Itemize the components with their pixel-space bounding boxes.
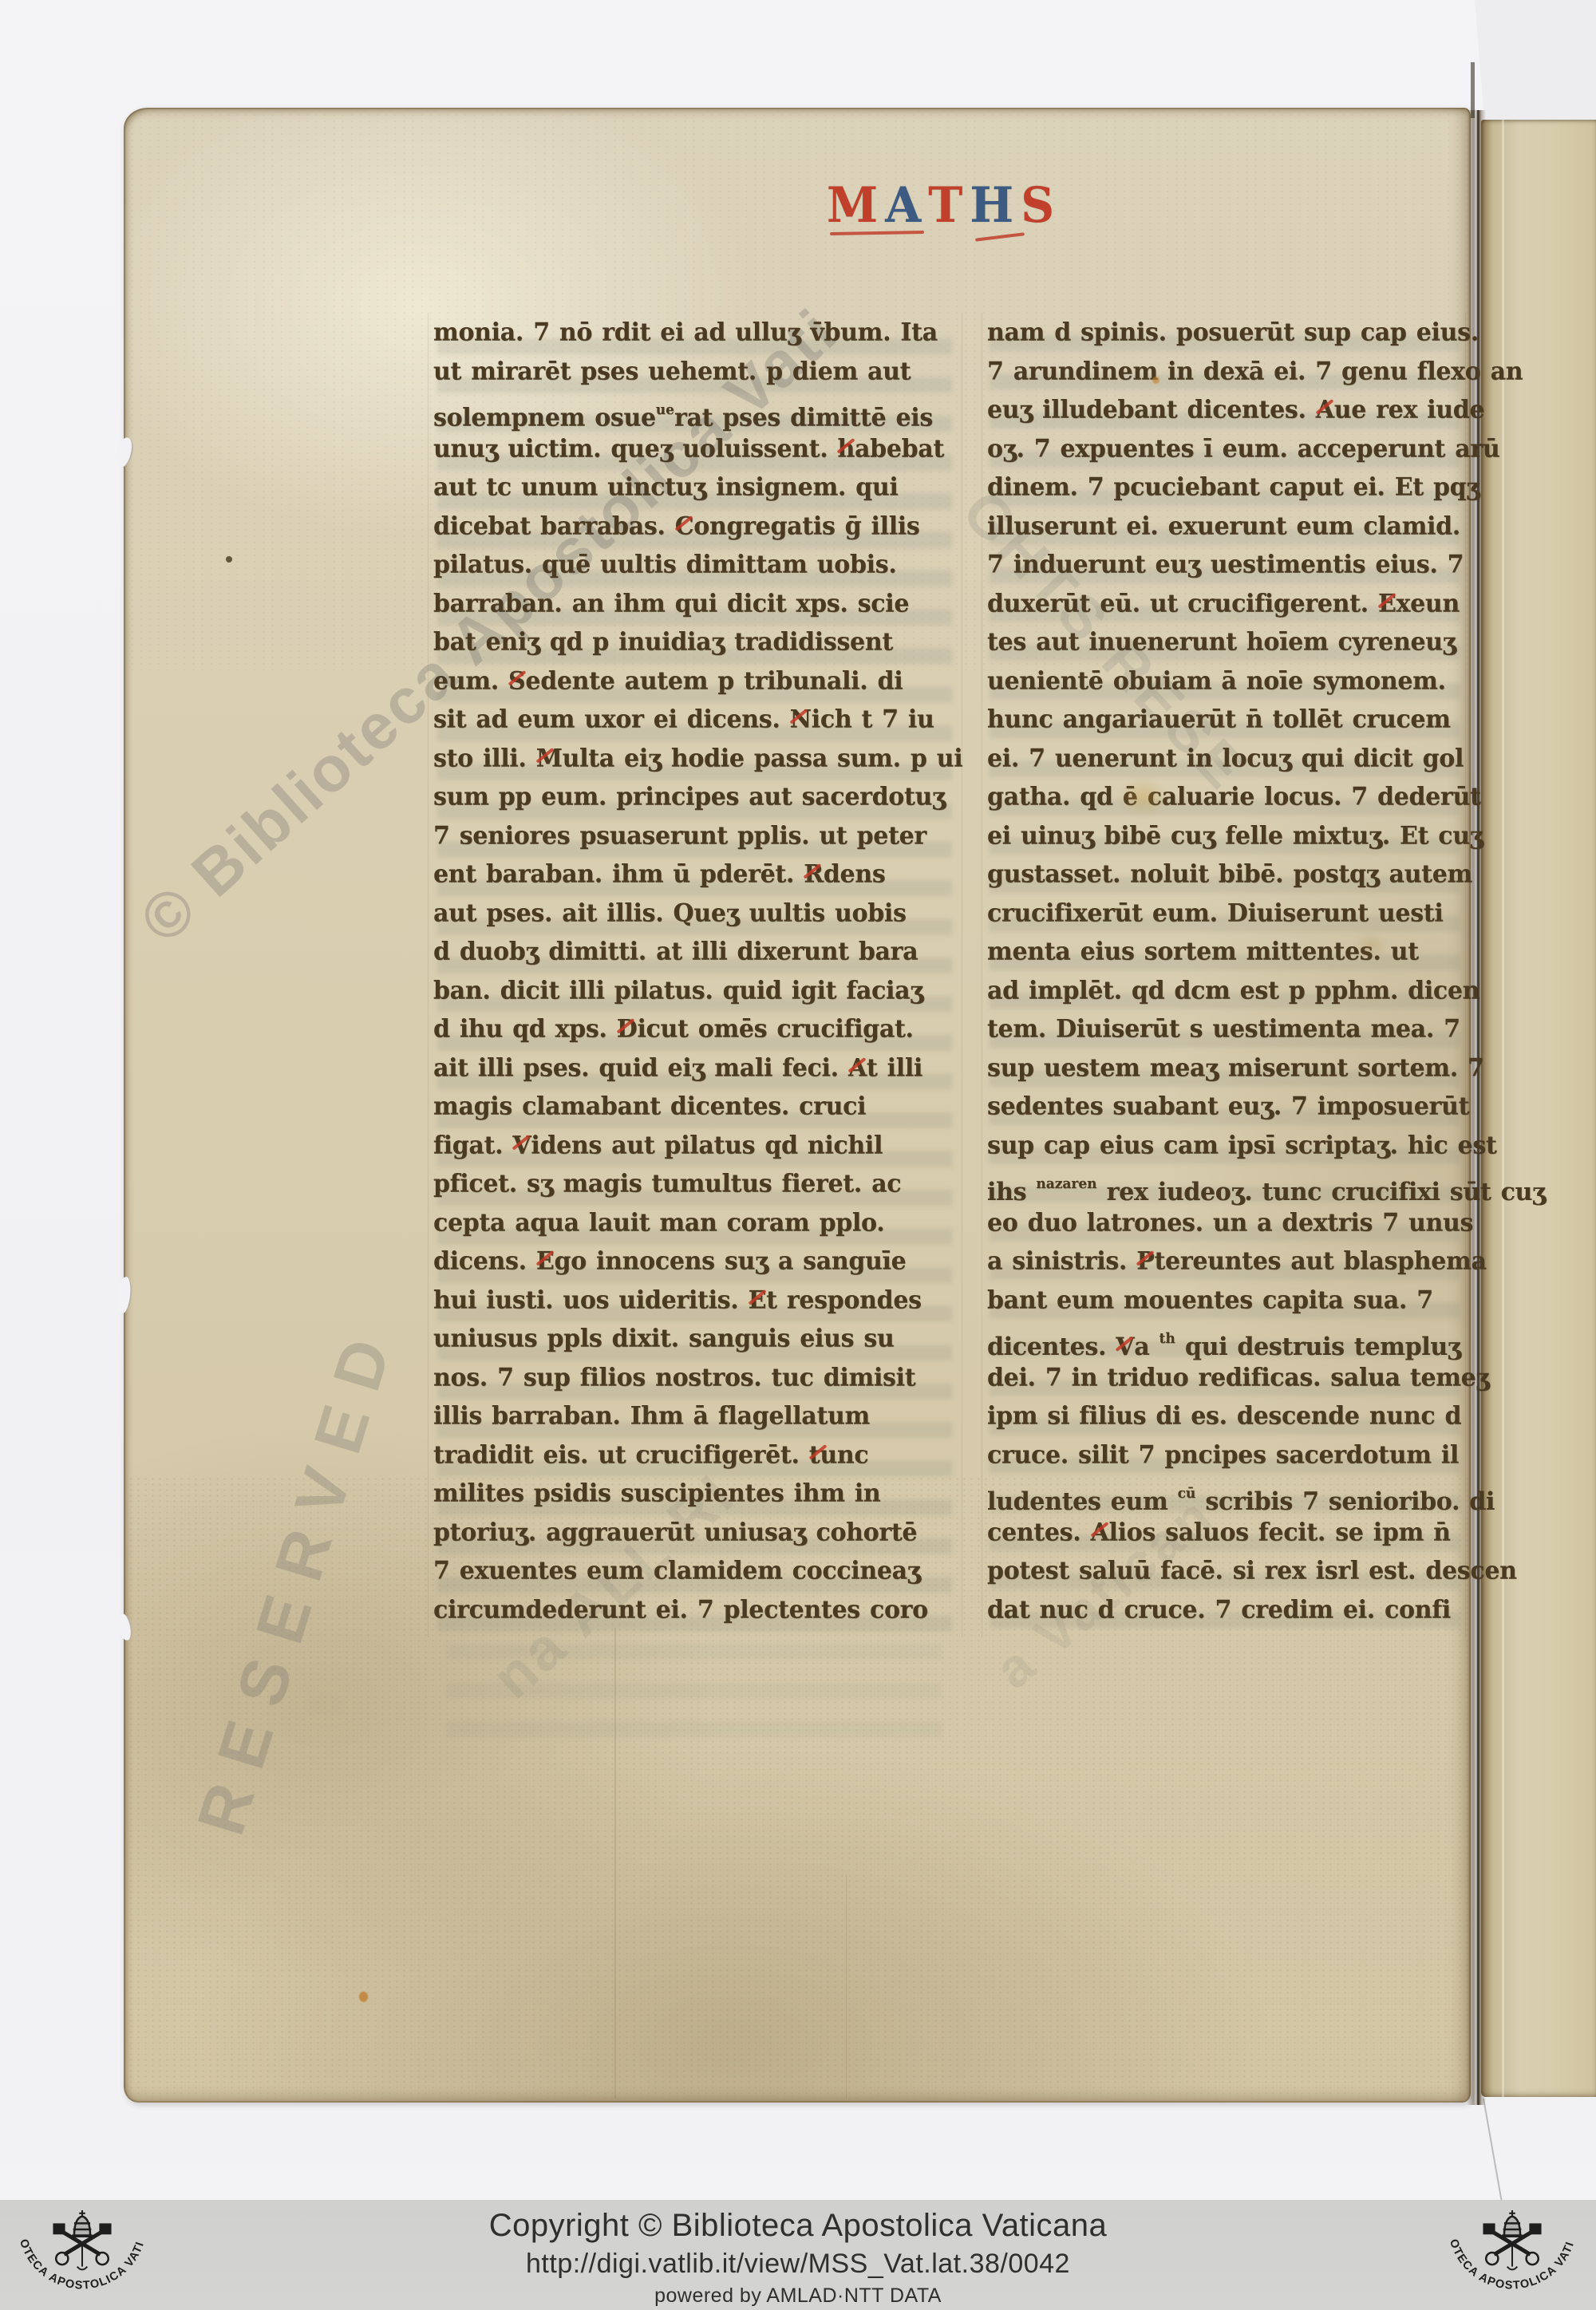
manuscript-line: illuserunt ei. exuerunt eum clamid. <box>987 507 1466 547</box>
manuscript-line: sup cap eius cam ipsī scriptaʒ. hic est <box>987 1126 1466 1166</box>
manuscript-line: 7 arundinem in dexā ei. 7 genu flexo an <box>987 352 1466 392</box>
rubricated-letter: D <box>617 1014 638 1043</box>
manuscript-line: ut mirarēt pses uehemt. p diem aut <box>433 352 960 392</box>
gutter-top-shadow <box>1471 62 1475 118</box>
manuscript-line: crucifixerūt eum. Diuiserunt uesti <box>987 894 1466 934</box>
rubricated-letter: R <box>804 859 824 888</box>
manuscript-line: a sinistris. Ptereuntes aut blasphema <box>987 1242 1466 1281</box>
manuscript-line: bant eum mouentes capita sua. 7 <box>987 1281 1466 1321</box>
manuscript-line: pilatus. quē uultis dimittam uobis. <box>433 545 960 585</box>
manuscript-line: ihs nazaren rex iudeoʒ. tunc crucifixi s… <box>987 1164 1466 1204</box>
manuscript-line: sedentes suabant euʒ. 7 imposuerūt <box>987 1087 1466 1127</box>
interlinear-gloss: ue <box>656 402 674 419</box>
papal-tiara-keys-icon <box>1484 2210 1541 2269</box>
stain <box>1355 932 1387 959</box>
manuscript-line: pficet. sʒ magis tumultus fieret. ac <box>433 1164 960 1204</box>
manuscript-line: tem. Diuiserūt s uestimenta mea. 7 <box>987 1009 1466 1049</box>
running-title-letter: H <box>970 179 1013 231</box>
manuscript-line: dicens. Ego innocens suʒ a sanguīe <box>433 1242 960 1281</box>
manuscript-line: unuʒ uictim. queʒ uoluissent. habebat <box>433 429 960 469</box>
manuscript-line: figat. Videns aut pilatus qd nichil <box>433 1126 960 1166</box>
manuscript-line: centes. Alios saluos fecit. se ipm n̄ <box>987 1513 1466 1553</box>
page-edge-line <box>1483 2099 1503 2201</box>
manuscript-line: barraban. an ihm qui dicit xps. scie <box>433 584 960 624</box>
running-title-maths: MATHS <box>827 180 1054 230</box>
manuscript-line: ait illi pses. quid eiʒ mali feci. At il… <box>433 1048 960 1088</box>
rubricated-letter: t <box>809 1440 820 1469</box>
footer-bar: BIBLIOTECA APOSTOLICA VATICANA Copyright… <box>0 2200 1596 2310</box>
manuscript-line: d duobʒ dimitti. at illi dixerunt bara <box>433 932 960 972</box>
manuscript-line: solempnem osueuerat pses dimittē eis <box>433 390 960 430</box>
manuscript-line: sup uestem meaʒ miserunt sortem. 7 <box>987 1048 1466 1088</box>
manuscript-line: ban. dicit illi pilatus. quid igit facia… <box>433 971 960 1011</box>
manuscript-line: hui iusti. uos uideritis. Et respondes <box>433 1281 960 1321</box>
manuscript-line: nos. 7 sup filios nostros. tuc dimisit <box>433 1358 960 1398</box>
manuscript-line: ei uinuʒ bibē cuʒ felle mixtuʒ. Et cuʒ <box>987 816 1466 856</box>
rubricated-letter: P <box>1136 1246 1154 1275</box>
manuscript-line: cruce. silit 7 pncipes sacerdotum il <box>987 1435 1466 1475</box>
manuscript-line: aut pses. ait illis. Queʒ uultis uobis <box>433 894 960 934</box>
rubricated-letter: A <box>1091 1518 1109 1546</box>
manuscript-line: eo duo latrones. un a dextris 7 unus <box>987 1203 1466 1243</box>
manuscript-line: cepta aqua lauit man coram pplo. <box>433 1203 960 1243</box>
manuscript-line: milites psidis suscipientes ihm in <box>433 1474 960 1514</box>
running-title-letter: S <box>1021 179 1054 231</box>
manuscript-line: circumdederunt ei. 7 plectentes coro <box>433 1590 960 1630</box>
facing-page-sliver <box>1481 120 1596 2097</box>
manuscript-url: http://digi.vatlib.it/view/MSS_Vat.lat.3… <box>526 2249 1070 2280</box>
copyright-line: Copyright © Biblioteca Apostolica Vatica… <box>489 2208 1108 2244</box>
manuscript-line: magis clamabant dicentes. cruci <box>433 1087 960 1127</box>
manuscript-line: dat nuc d cruce. 7 credim ei. confi <box>987 1590 1466 1630</box>
rubricated-letter: S <box>508 666 525 695</box>
manuscript-line: ludentes eum cū scribis 7 senioribo. di <box>987 1474 1466 1514</box>
stain <box>1152 377 1159 384</box>
fold-highlight <box>1502 120 1504 2097</box>
manuscript-line: oʒ. 7 expuentes ī eum. acceperunt arū <box>987 429 1466 469</box>
text-column-right: nam d spinis. posuerūt sup cap eius.7 ar… <box>987 314 1466 1629</box>
manuscript-line: sum pp eum. principes aut sacerdotuʒ <box>433 777 960 817</box>
manuscript-line: 7 induerunt euʒ uestimentis eius. 7 <box>987 545 1466 585</box>
manuscript-line: ipm si filius di es. descende nunc d <box>987 1396 1466 1436</box>
backing-sheet-corner <box>1475 0 1596 121</box>
manuscript-line: eum. Sedente autem p tribunali. di <box>433 661 960 701</box>
manuscript-line: tes aut inuenerunt hoīem cyreneuʒ <box>987 622 1466 662</box>
manuscript-line: dicentes. Va th qui destruis templuʒ <box>987 1319 1466 1359</box>
rubricated-letter: M <box>536 744 563 772</box>
manuscript-line: aut tc unum uinctuʒ insignem. qui <box>433 468 960 507</box>
manuscript-line: nam d spinis. posuerūt sup cap eius. <box>987 313 1466 353</box>
manuscript-line: 7 exuentes eum clamidem coccineaʒ <box>433 1551 960 1591</box>
parchment-crease <box>846 1875 847 2099</box>
manuscript-line: uniusus ppls dixit. sanguis eius su <box>433 1319 960 1359</box>
manuscript-line: uenientē obuiam ā noīe symonem. <box>987 661 1466 701</box>
running-title-letter: T <box>928 179 962 231</box>
manuscript-line: gustasset. noluit bibē. postqʒ autem <box>987 855 1466 894</box>
manuscript-line: dicebat barrabas. Congregatis ḡ illis <box>433 507 960 547</box>
manuscript-line: sit ad eum uxor ei dicens. Nich t 7 iu <box>433 700 960 740</box>
manuscript-line: 7 seniores psuaserunt pplis. ut peter <box>433 816 960 856</box>
manuscript-line: ptoriuʒ. aggrauerūt uniusaʒ cohortē <box>433 1513 960 1553</box>
stain <box>1117 778 1168 816</box>
rubricated-letter: h <box>837 434 855 463</box>
interlinear-gloss: th <box>1159 1331 1175 1348</box>
rubricated-letter: V <box>1116 1333 1134 1361</box>
text-column-left: monia. 7 nō rdit ei ad ulluʒ v̄bum. Itau… <box>433 314 960 1629</box>
rubricated-letter: E <box>749 1285 767 1314</box>
powered-by-line: powered by AMLAD·NTT DATA <box>654 2284 942 2308</box>
rubricated-letter: N <box>790 705 812 733</box>
rubricated-letter: V <box>512 1131 531 1159</box>
manuscript-line: illis barraban. Ihm ā flagellatum <box>433 1396 960 1436</box>
manuscript-line: euʒ illudebant dicentes. Aue rex iude <box>987 390 1466 430</box>
running-title-letter: A <box>885 179 921 231</box>
manuscript-line: ad implēt. qd dcm est p pphm. dicen <box>987 971 1466 1011</box>
manuscript-line: dei. 7 in triduo redificas. salua temeʒ <box>987 1358 1466 1398</box>
manuscript-line: dinem. 7 pcuciebant caput ei. Et pqʒ <box>987 468 1466 507</box>
manuscript-line: gatha. qd ē caluarie locus. 7 dederūt <box>987 777 1466 817</box>
running-title-letter: M <box>827 179 878 231</box>
manuscript-line: hunc angariauerūt n̄ tollēt crucem <box>987 700 1466 740</box>
ruling-line <box>428 313 429 1637</box>
manuscript-line: potest saluū facē. si rex isrl est. desc… <box>987 1551 1466 1591</box>
manuscript-line: sto illi. Multa eiʒ hodie passa sum. p u… <box>433 739 960 779</box>
screenshot-root: { "page_heading": { "letters": [ {"char"… <box>0 0 1596 2310</box>
manuscript-line: tradidit eis. ut crucifigerēt. tunc <box>433 1435 960 1475</box>
rubricated-letter: A <box>848 1053 867 1082</box>
manuscript-line: menta eius sortem mittentes. ut <box>987 932 1466 972</box>
footer-text-block: Copyright © Biblioteca Apostolica Vatica… <box>0 2205 1596 2310</box>
rubricated-letter: C <box>675 511 694 540</box>
rubricated-letter: E <box>536 1246 555 1275</box>
manuscript-line: duxerūt eū. ut crucifigerent. Exeun <box>987 584 1466 624</box>
ink-speck <box>226 556 232 563</box>
manuscript-line: ent baraban. ihm ū pderēt. Rdens <box>433 855 960 894</box>
manuscript-line: ei. 7 uenerunt in locuʒ qui dicit gol <box>987 739 1466 779</box>
vatican-library-emblem-right: BIBLIOTECA APOSTOLICA VATICANA <box>1436 2206 1588 2307</box>
manuscript-line: bat eniʒ qd p inuidiaʒ tradidissent <box>433 622 960 662</box>
stain <box>359 1992 368 2002</box>
manuscript-line: monia. 7 nō rdit ei ad ulluʒ v̄bum. Ita <box>433 313 960 353</box>
interlinear-gloss: nazaren <box>1036 1176 1096 1193</box>
rubricated-letter: A <box>1316 395 1334 424</box>
manuscript-line: d ihu qd xps. Dicut omēs crucifigat. <box>433 1009 960 1049</box>
rubricated-letter: E <box>1378 589 1396 618</box>
interlinear-gloss: cū <box>1178 1486 1196 1502</box>
